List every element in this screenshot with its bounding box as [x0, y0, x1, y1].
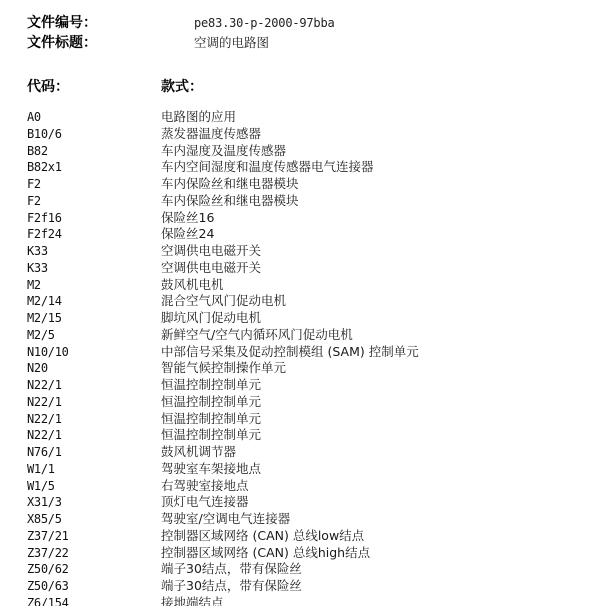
component-code: F2 — [27, 193, 41, 209]
component-description: 控制器区域网络 (CAN) 总线low结点 — [161, 528, 364, 544]
doc-title-label: 文件标题： — [27, 35, 97, 51]
component-code: N10/10 — [27, 344, 69, 360]
component-code: M2/5 — [27, 327, 55, 343]
component-code: F2 — [27, 176, 41, 192]
table-row: Z37/22控制器区域网络 (CAN) 总线high结点 — [0, 545, 607, 562]
table-row: F2车内保险丝和继电器模块 — [0, 176, 607, 193]
component-code: N22/1 — [27, 377, 62, 393]
doc-number-label: 文件编号： — [27, 15, 97, 31]
table-row: M2鼓风机电机 — [0, 277, 607, 294]
component-code: X85/5 — [27, 511, 62, 527]
component-code: M2 — [27, 277, 41, 293]
component-code: N20 — [27, 360, 48, 376]
table-row: B82x1车内空间湿度和温度传感器电气连接器 — [0, 159, 607, 176]
table-row: N20智能气候控制操作单元 — [0, 360, 607, 377]
component-description: 鼓风机调节器 — [161, 444, 236, 460]
table-row: M2/14混合空气风门促动电机 — [0, 293, 607, 310]
component-code: Z6/154 — [27, 595, 69, 606]
component-description: 中部信号采集及促动控制模组 (SAM) 控制单元 — [161, 344, 419, 360]
component-description: 蒸发器温度传感器 — [161, 126, 261, 142]
component-description: 恒温控制控制单元 — [161, 394, 261, 410]
component-code: Z50/62 — [27, 561, 69, 577]
table-row: M2/15脚坑风门促动电机 — [0, 310, 607, 327]
component-description: 顶灯电气连接器 — [161, 494, 249, 510]
component-description: 混合空气风门促动电机 — [161, 293, 286, 309]
column-header-description: 款式： — [161, 79, 203, 95]
component-description: 端子30结点，带有保险丝 — [161, 561, 302, 577]
component-description: 恒温控制控制单元 — [161, 377, 261, 393]
component-description: 新鲜空气/空气内循环风门促动电机 — [161, 327, 353, 343]
component-code: Z37/22 — [27, 545, 69, 561]
component-description: 接地端结点 — [161, 595, 224, 606]
table-row: N22/1恒温控制控制单元 — [0, 411, 607, 428]
table-row: B10/6蒸发器温度传感器 — [0, 126, 607, 143]
component-description: 空调供电电磁开关 — [161, 243, 261, 259]
component-code: M2/14 — [27, 293, 62, 309]
component-description: 电路图的应用 — [161, 109, 236, 125]
component-description: 鼓风机电机 — [161, 277, 224, 293]
component-code: F2f24 — [27, 226, 62, 242]
component-code: N22/1 — [27, 411, 62, 427]
component-description: 空调供电电磁开关 — [161, 260, 261, 276]
component-table: A0电路图的应用 B10/6蒸发器温度传感器 B82车内湿度及温度传感器 B82… — [0, 109, 607, 606]
table-row: Z6/154接地端结点 — [0, 595, 607, 606]
component-code: N22/1 — [27, 427, 62, 443]
table-row: F2车内保险丝和继电器模块 — [0, 193, 607, 210]
table-row: X85/5驾驶室/空调电气连接器 — [0, 511, 607, 528]
component-description: 恒温控制控制单元 — [161, 411, 261, 427]
table-row: N22/1恒温控制控制单元 — [0, 394, 607, 411]
table-row: B82车内湿度及温度传感器 — [0, 143, 607, 160]
doc-title-value: 空调的电路图 — [194, 35, 269, 51]
component-code: F2f16 — [27, 210, 62, 226]
table-row: W1/5右驾驶室接地点 — [0, 478, 607, 495]
table-row: N10/10中部信号采集及促动控制模组 (SAM) 控制单元 — [0, 344, 607, 361]
table-row: Z50/63端子30结点，带有保险丝 — [0, 578, 607, 595]
table-row: Z37/21控制器区域网络 (CAN) 总线low结点 — [0, 528, 607, 545]
component-description: 右驾驶室接地点 — [161, 478, 249, 494]
component-code: Z37/21 — [27, 528, 69, 544]
component-code: A0 — [27, 109, 41, 125]
component-code: X31/3 — [27, 494, 62, 510]
component-code: B10/6 — [27, 126, 62, 142]
table-row: F2f24保险丝24 — [0, 226, 607, 243]
component-code: N22/1 — [27, 394, 62, 410]
component-code: K33 — [27, 243, 48, 259]
component-code: N76/1 — [27, 444, 62, 460]
component-description: 车内保险丝和继电器模块 — [161, 176, 299, 192]
component-description: 驾驶室车架接地点 — [161, 461, 261, 477]
component-description: 端子30结点，带有保险丝 — [161, 578, 302, 594]
table-row: A0电路图的应用 — [0, 109, 607, 126]
component-code: M2/15 — [27, 310, 62, 326]
component-code: K33 — [27, 260, 48, 276]
table-row: W1/1驾驶室车架接地点 — [0, 461, 607, 478]
component-code: W1/1 — [27, 461, 55, 477]
component-description: 脚坑风门促动电机 — [161, 310, 261, 326]
component-description: 车内湿度及温度传感器 — [161, 143, 286, 159]
table-row: N22/1恒温控制控制单元 — [0, 427, 607, 444]
component-code: B82x1 — [27, 159, 62, 175]
table-row: N76/1鼓风机调节器 — [0, 444, 607, 461]
component-description: 车内保险丝和继电器模块 — [161, 193, 299, 209]
table-row: M2/5新鲜空气/空气内循环风门促动电机 — [0, 327, 607, 344]
table-row: K33空调供电电磁开关 — [0, 260, 607, 277]
component-description: 车内空间湿度和温度传感器电气连接器 — [161, 159, 374, 175]
table-row: Z50/62端子30结点，带有保险丝 — [0, 561, 607, 578]
component-description: 驾驶室/空调电气连接器 — [161, 511, 290, 527]
table-row: N22/1恒温控制控制单元 — [0, 377, 607, 394]
component-description: 保险丝16 — [161, 210, 214, 226]
component-description: 智能气候控制操作单元 — [161, 360, 286, 376]
table-row: F2f16保险丝16 — [0, 210, 607, 227]
component-code: B82 — [27, 143, 48, 159]
column-header-code: 代码： — [27, 79, 69, 95]
doc-number-value: pe83.30-p-2000-97bba — [194, 15, 335, 31]
component-description: 控制器区域网络 (CAN) 总线high结点 — [161, 545, 370, 561]
table-row: X31/3顶灯电气连接器 — [0, 494, 607, 511]
component-description: 保险丝24 — [161, 226, 214, 242]
component-code: Z50/63 — [27, 578, 69, 594]
component-description: 恒温控制控制单元 — [161, 427, 261, 443]
table-row: K33空调供电电磁开关 — [0, 243, 607, 260]
component-code: W1/5 — [27, 478, 55, 494]
